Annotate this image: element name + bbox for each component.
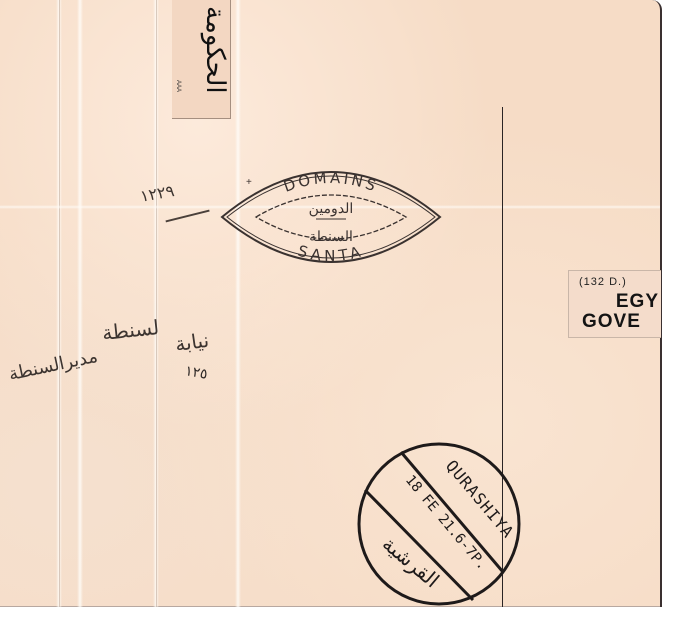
crease-line <box>59 0 60 607</box>
svg-text:SANTA: SANTA <box>296 242 366 265</box>
cachet-bottom-text: SANTA <box>296 242 366 265</box>
handwritten-number: ١٢٢٩ <box>139 181 176 206</box>
fold-line <box>77 0 83 607</box>
handwritten-note-4: ١٢٥ <box>184 363 209 383</box>
label-code: (132 D.) <box>579 276 627 288</box>
label-line-2: GOVE <box>582 311 641 333</box>
top-label-strip: الحكومة AAA <box>172 0 231 119</box>
crease-line <box>156 0 157 607</box>
svg-text:+: + <box>246 177 252 188</box>
handwritten-note-2: نيابة <box>173 328 210 356</box>
label-line-1: EGY <box>616 291 659 313</box>
government-label: (132 D.) EGY GOVE <box>568 270 661 338</box>
cachet-arabic-upper: الدومين <box>309 201 354 217</box>
handwritten-note-3: مديرالسنطة <box>7 346 100 385</box>
handwritten-underline <box>165 210 209 222</box>
cachet-top-text: DOMAINS <box>281 169 381 196</box>
fold-line <box>235 0 241 607</box>
label-tiny-text: AAA <box>175 80 181 92</box>
domains-santa-cachet: DOMAINS SANTA الدومين السنطة + <box>218 155 444 285</box>
label-arabic-text: الحكومة <box>176 6 228 106</box>
qurashiya-postmark: QURASHIYA 18 FE 21.6-7P. القرشية <box>353 438 525 610</box>
document-paper: الحكومة AAA DOMAINS SANTA الدومين السنطة… <box>0 0 662 607</box>
cachet-arabic-lower: السنطة <box>309 229 353 245</box>
handwritten-note-1: لسنطة <box>101 315 160 345</box>
svg-text:DOMAINS: DOMAINS <box>281 169 381 196</box>
